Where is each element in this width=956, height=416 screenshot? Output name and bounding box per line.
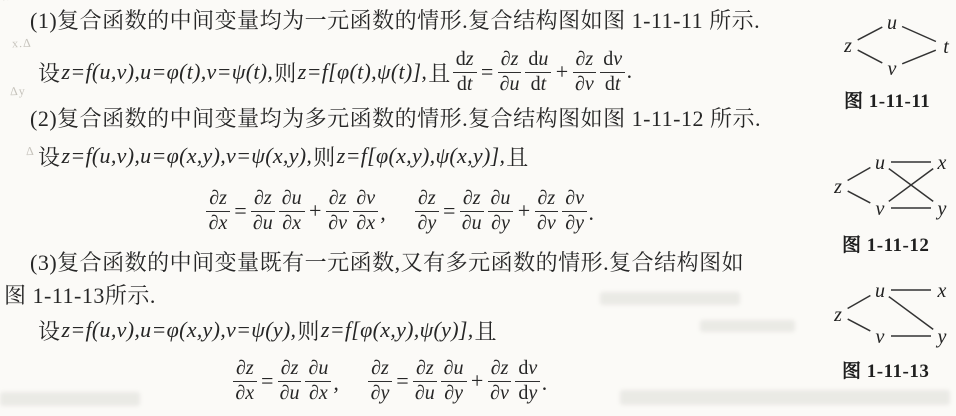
- section-3-setup-formula: 设 z=f(u,v),u=φ(x,y),v=ψ(y),则 z=f[φ(x,y),…: [38, 312, 497, 348]
- chinese-text: 则: [313, 141, 336, 172]
- diagram-edge-line: [902, 27, 936, 42]
- fraction: ∂z∂u: [498, 49, 522, 95]
- fraction: ∂v∂x: [353, 188, 378, 234]
- diagram-edge-line: [858, 27, 883, 40]
- math-text: +: [470, 368, 485, 394]
- diagram-node-label: t: [943, 36, 949, 58]
- figure-1-11-13-diagram: zuvxy: [828, 276, 954, 355]
- fraction: ∂z∂u: [413, 358, 437, 404]
- section-2-display-formula: ∂z∂x=∂z∂u∂u∂x+∂z∂v∂v∂x,∂z∂y=∂z∂u∂u∂y+∂z∂…: [0, 184, 800, 238]
- diagram-edge-line: [848, 296, 871, 309]
- figure-1-11-12-caption: 图 1-11-12: [842, 230, 929, 257]
- textbook-page: ﹋ x.Δ Δy Δ (1)复合函数的中间变量均为一元函数的情形.复合结构图如图…: [0, 0, 956, 416]
- fraction: dvdt: [600, 49, 625, 95]
- print-through-smudge: [700, 320, 795, 332]
- math-text: z=f[φ(x,y),ψ(x,y)],: [337, 143, 506, 169]
- math-text: =: [260, 368, 275, 394]
- chinese-text: 且: [428, 57, 451, 88]
- fraction: ∂z∂y: [368, 358, 392, 404]
- print-through-smudge: [600, 292, 740, 305]
- figure-1-11-12-diagram: zuvxy: [828, 148, 954, 227]
- fraction: ∂u∂y: [488, 188, 514, 234]
- math-text: z=f(u,v),u=φ(x,y),v=ψ(x,y),: [62, 143, 313, 169]
- figure-1-11-11-diagram: zuvt: [834, 8, 956, 87]
- fraction: ∂u∂x: [279, 188, 305, 234]
- math-text: +: [554, 59, 569, 85]
- diagram-node-label: v: [888, 58, 897, 80]
- section-1-setup-formula: 设 z=f(u,v),u=φ(t),v=ψ(t),则 z=f[φ(t),ψ(t)…: [38, 48, 634, 96]
- composite-structure-svg: zuvxy: [828, 148, 954, 222]
- chinese-text: 且: [506, 141, 529, 172]
- diagram-node-label: y: [936, 326, 947, 348]
- fraction: ∂z∂y: [415, 188, 439, 234]
- fraction: ∂z∂v: [326, 188, 350, 234]
- figure-1-11-13-caption: 图 1-11-13: [842, 356, 929, 383]
- math-text: z=f(u,v),u=φ(x,y),v=ψ(y),: [62, 317, 297, 343]
- chinese-text: 设: [38, 315, 61, 346]
- math-text: ,: [333, 370, 339, 408]
- math-text: +: [516, 198, 531, 224]
- fraction: ∂z∂v: [573, 49, 597, 95]
- chinese-text: 设: [38, 141, 61, 172]
- math-text: .: [542, 370, 548, 408]
- section-2-heading: (2)复合函数的中间变量均为多元函数的情形.复合结构图如图 1-11-12 所示…: [30, 106, 761, 132]
- diagram-node-label: z: [843, 35, 852, 57]
- chinese-text: 则: [297, 315, 320, 346]
- fraction: dvdy: [515, 358, 540, 404]
- section-3-display-formula: ∂z∂x=∂z∂u∂u∂x,∂z∂y=∂z∂u∂u∂y+∂z∂vdvdy.: [0, 354, 780, 408]
- section-3-heading-line-2: 图 1-11-13所示.: [4, 283, 156, 309]
- composite-structure-svg: zuvxy: [828, 276, 954, 350]
- math-text: =: [442, 198, 457, 224]
- print-through-mark: x.Δ: [12, 36, 32, 52]
- diagram-edge-line: [858, 50, 883, 63]
- math-text: =: [395, 368, 410, 394]
- fraction: ∂u∂x: [305, 358, 331, 404]
- math-text: z=f(u,v),u=φ(t),v=ψ(t),: [62, 59, 274, 85]
- diagram-node-label: x: [937, 152, 947, 174]
- math-text: +: [308, 198, 323, 224]
- fraction: dzdt: [453, 49, 477, 95]
- diagram-edge-line: [848, 168, 871, 181]
- math-text: .: [627, 58, 633, 96]
- fraction: ∂z∂u: [251, 188, 275, 234]
- diagram-node-label: y: [936, 198, 947, 220]
- fraction: dudt: [525, 49, 551, 95]
- chinese-text: 且: [475, 315, 498, 346]
- math-text: z=f[φ(x,y),ψ(y)],: [321, 317, 474, 343]
- diagram-node-label: z: [833, 304, 842, 326]
- diagram-node-label: u: [875, 152, 885, 174]
- math-text: =: [480, 59, 495, 85]
- fraction: ∂z∂u: [460, 188, 484, 234]
- section-2-setup-formula: 设 z=f(u,v),u=φ(x,y),v=ψ(x,y),则 z=f[φ(x,y…: [38, 138, 529, 174]
- fraction: ∂z∂x: [233, 358, 257, 404]
- diagram-edge-line: [848, 191, 871, 203]
- diagram-node-label: x: [937, 280, 947, 302]
- fraction: ∂z∂u: [278, 358, 302, 404]
- fraction: ∂v∂y: [562, 188, 587, 234]
- math-text: .: [589, 200, 595, 238]
- math-text: ,: [380, 200, 386, 238]
- fraction: ∂z∂x: [206, 188, 230, 234]
- math-text: z=f[φ(t),ψ(t)],: [298, 59, 428, 85]
- fraction: ∂u∂y: [441, 358, 467, 404]
- fraction: ∂z∂v: [535, 188, 559, 234]
- print-through-mark: ﹋: [2, 0, 16, 13]
- math-text: =: [233, 198, 248, 224]
- chinese-text: 设: [38, 57, 61, 88]
- section-3-heading-line-1: (3)复合函数的中间变量既有一元函数,又有多元函数的情形.复合结构图如: [30, 250, 744, 276]
- diagram-edge-line: [889, 297, 933, 330]
- diagram-edge-line: [848, 319, 871, 331]
- section-1-heading: (1)复合函数的中间变量均为一元函数的情形.复合结构图如图 1-11-11 所示…: [30, 8, 760, 34]
- composite-structure-svg: zuvt: [834, 8, 956, 82]
- figure-1-11-11-caption: 图 1-11-11: [844, 86, 930, 113]
- diagram-node-label: u: [875, 280, 885, 302]
- print-through-mark: Δy: [10, 84, 26, 100]
- diagram-node-label: z: [833, 176, 842, 198]
- diagram-edge-line: [902, 50, 936, 64]
- fraction: ∂z∂v: [488, 358, 512, 404]
- diagram-node-label: v: [876, 198, 885, 220]
- print-through-mark: Δ: [26, 144, 35, 159]
- diagram-node-label: u: [887, 12, 897, 34]
- diagram-node-label: v: [876, 326, 885, 348]
- chinese-text: 则: [274, 57, 297, 88]
